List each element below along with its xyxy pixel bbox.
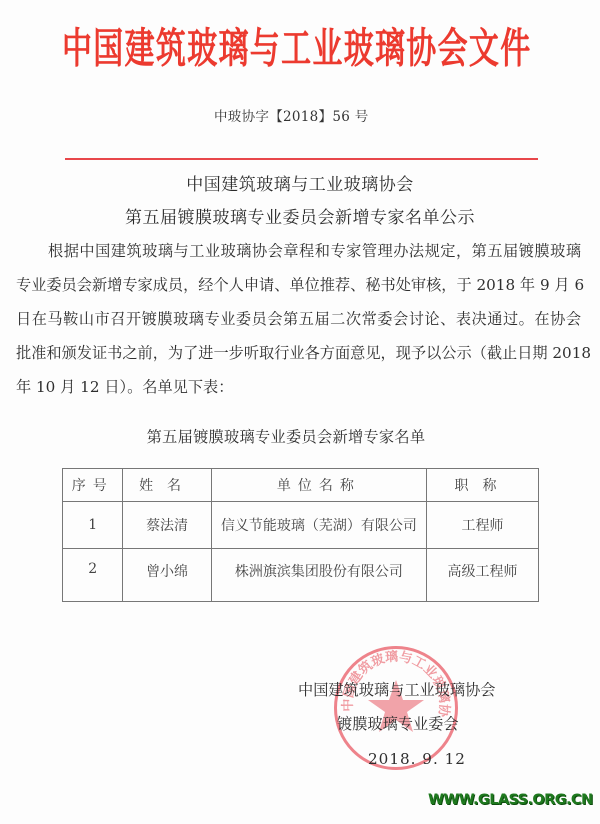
- table-row: 1 蔡法清 信义节能玻璃（芜湖）有限公司 工程师: [63, 502, 539, 549]
- column-header-organization: 单位名称: [211, 469, 426, 502]
- cell-name: 曾小绵: [123, 549, 211, 602]
- table-caption: 第五届镀膜玻璃专业委员会新增专家名单: [0, 426, 586, 447]
- table-row: 2 曾小绵 株洲旗滨集团股份有限公司 高级工程师: [63, 549, 539, 602]
- document-page: 中国建筑玻璃与工业玻璃协会文件 中玻协字【2018】56 号 中国建筑玻璃与工业…: [0, 0, 600, 824]
- body-paragraph: 根据中国建筑玻璃与工业玻璃协会章程和专家管理办法规定，第五届镀膜玻璃 专业委员会…: [16, 239, 581, 409]
- issuer-heading: 中国建筑玻璃与工业玻璃协会: [0, 170, 600, 195]
- signature-organization: 中国建筑玻璃与工业玻璃协会: [298, 679, 495, 700]
- document-number: 中玻协字【2018】56 号: [214, 105, 369, 125]
- cell-number: 2: [63, 549, 123, 602]
- cell-name: 蔡法清: [123, 502, 211, 549]
- cell-number: 1: [63, 502, 123, 549]
- body-line: 年 10 月 12 日）。名单见下表：: [16, 375, 581, 409]
- website-watermark: WWW.GLASS.ORG.CN: [428, 792, 593, 808]
- expert-list-table: 序号 姓名 单位名称 职称 1 蔡法清 信义节能玻璃（芜湖）有限公司 工程师 2…: [62, 468, 539, 602]
- signature-date: 2018. 9. 12: [368, 750, 466, 768]
- cell-organization: 株洲旗滨集团股份有限公司: [211, 549, 426, 602]
- header-divider: [65, 158, 538, 160]
- column-header-title: 职称: [427, 469, 539, 502]
- notice-title: 第五届镀膜玻璃专业委员会新增专家名单公示: [0, 203, 600, 228]
- cell-title: 高级工程师: [427, 549, 539, 602]
- document-header-title: 中国建筑玻璃与工业玻璃协会文件: [62, 14, 540, 86]
- body-line: 日在马鞍山市召开镀膜玻璃专业委员会第五届二次常委会讨论、表决通过。在协会: [16, 307, 581, 341]
- table-header-row: 序号 姓名 单位名称 职称: [63, 469, 539, 502]
- signature-committee: 镀膜玻璃专业委会: [337, 713, 459, 734]
- column-header-number: 序号: [63, 469, 123, 502]
- column-header-name: 姓名: [123, 469, 211, 502]
- body-line: 专业委员会新增专家成员，经个人申请、单位推荐、秘书处审核，于 2018 年 9 …: [16, 273, 581, 307]
- cell-title: 工程师: [427, 502, 539, 549]
- body-line: 批准和颁发证书之前，为了进一步听取行业各方面意见，现予以公示（截止日期 2018: [16, 341, 581, 375]
- body-line: 根据中国建筑玻璃与工业玻璃协会章程和专家管理办法规定，第五届镀膜玻璃: [16, 239, 581, 273]
- cell-organization: 信义节能玻璃（芜湖）有限公司: [211, 502, 426, 549]
